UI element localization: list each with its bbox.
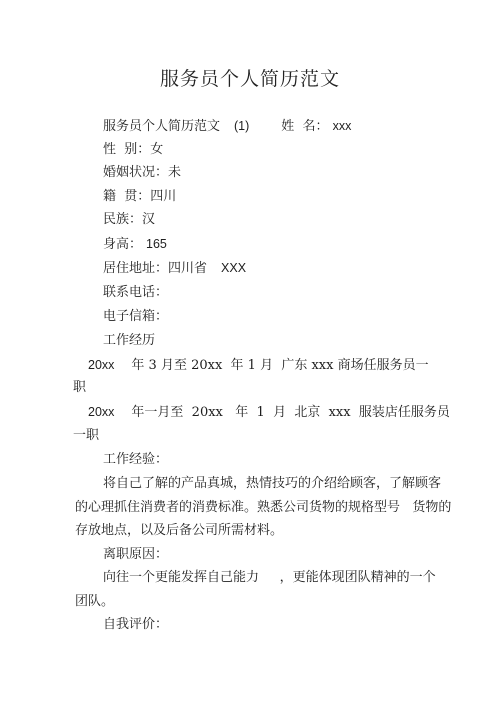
- name-value: xxx: [333, 119, 352, 133]
- work-experience-line-2: 的心理抓住消费者的消费标准。熟悉公司货物的规格型号 货物的: [75, 500, 451, 516]
- address-value: XXX: [221, 261, 246, 275]
- leaving-reason-line-1: 向往一个更能发挥自己能力 ，更能体现团队精神的一个: [103, 570, 436, 586]
- work-history-entry-1-line-2: 职: [73, 380, 86, 396]
- leaving-reason-line-2: 团队。: [75, 594, 114, 610]
- work-history-entry-2-line-2: 一职: [73, 428, 99, 444]
- work-history-entry-2-line-1: 20xx年一月至 20xx 年 1 月 北京 xxx 服装店任服务员: [88, 404, 450, 421]
- entry-1-text: 年 3 月至 20xx 年 1 月 广东 xxx 商场任服务员一: [131, 358, 428, 373]
- work-experience-line-3: 存放地点，以及后备公司所需材料。: [75, 523, 283, 539]
- field-phone: 联系电话：: [103, 285, 168, 301]
- header-line: 服务员个人简历范文(1)姓 名：xxx: [103, 118, 351, 135]
- field-address: 居住地址：四川省XXX: [103, 260, 246, 277]
- header-label: 服务员个人简历范文: [103, 119, 220, 134]
- field-email: 电子信箱：: [103, 309, 168, 325]
- work-history-entry-1-line-1: 20xx年 3 月至 20xx 年 1 月 广东 xxx 商场任服务员一: [88, 357, 429, 374]
- leaving-reason-heading: 离职原因：: [103, 547, 168, 563]
- self-evaluation-heading: 自我评价：: [103, 617, 168, 633]
- document-title: 服务员个人简历范文: [0, 64, 500, 91]
- entry-2-text: 年一月至 20xx 年 1 月 北京 xxx 服装店任服务员: [131, 405, 449, 420]
- name-label: 姓 名：: [281, 119, 328, 134]
- height-value: 165: [146, 237, 167, 251]
- work-experience-heading: 工作经验：: [103, 452, 168, 468]
- field-marital: 婚姻状况：未: [103, 165, 181, 181]
- field-height: 身高：165: [103, 236, 167, 253]
- height-label: 身高：: [103, 237, 142, 252]
- field-ethnicity: 民族：汉: [103, 212, 155, 228]
- work-experience-line-1: 将自己了解的产品真城，热情技巧的介绍给顾客，了解顾客: [103, 476, 441, 492]
- field-gender: 性 别：女: [103, 142, 163, 158]
- entry-1-year: 20xx: [88, 358, 114, 372]
- field-native-place: 籍 贯：四川: [103, 189, 176, 205]
- document-page: 服务员个人简历范文 服务员个人简历范文(1)姓 名：xxx 性 别：女 婚姻状况…: [0, 0, 500, 707]
- address-label: 居住地址：四川省: [103, 261, 207, 276]
- entry-2-year: 20xx: [88, 405, 114, 419]
- work-history-heading: 工作经历: [103, 333, 155, 349]
- header-number: (1): [234, 119, 249, 133]
